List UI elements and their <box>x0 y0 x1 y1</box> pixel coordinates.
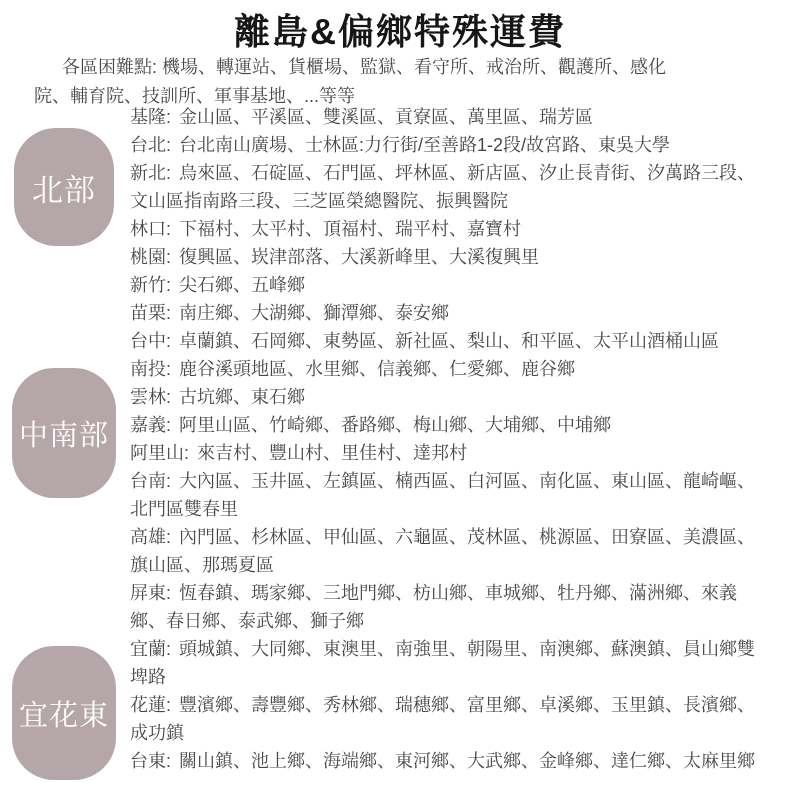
area-entry-hualien: 花蓮:豐濱鄉、壽豐鄉、秀林鄉、瑞穗鄉、富里鄉、卓溪鄉、玉里鎮、長濱鄉、成功鎮 <box>130 691 770 747</box>
area-name: 基隆: <box>130 107 171 127</box>
area-places: 下福村、太平村、頂福村、瑞平村、嘉寶村 <box>179 219 521 239</box>
area-name: 屏東: <box>130 583 171 603</box>
area-name: 南投: <box>130 359 171 379</box>
region-badge-central-south: 中南部 <box>12 368 116 498</box>
area-entry-linkou: 林口:下福村、太平村、頂福村、瑞平村、嘉寶村 <box>130 215 770 243</box>
area-name: 阿里山: <box>130 443 189 463</box>
area-entry-kaohsiung: 高雄:內門區、杉林區、甲仙區、六龜區、茂林區、桃源區、田寮區、美濃區、旗山區、那… <box>130 523 770 579</box>
area-places: 古坑鄉、東石鄉 <box>179 387 305 407</box>
area-name: 新竹: <box>130 275 171 295</box>
area-entry-taichung: 台中:卓蘭鎮、石岡鄉、東勢區、新社區、梨山、和平區、太平山酒桶山區 <box>130 327 770 355</box>
page-title: 離島&偏鄉特殊運費 <box>0 4 800 55</box>
area-name: 苗栗: <box>130 303 171 323</box>
area-places: 來吉村、豐山村、里佳村、達邦村 <box>197 443 467 463</box>
region-badge-label: 北部 <box>32 165 96 210</box>
area-places: 關山鎮、池上鄉、海端鄉、東河鄉、大武鄉、金峰鄉、達仁鄉、太麻里鄉 <box>179 751 755 771</box>
area-entry-taoyuan: 桃園:復興區、崁津部落、大溪新峰里、大溪復興里 <box>130 243 770 271</box>
area-name: 花蓮: <box>130 695 171 715</box>
area-places: 台北南山廣場、士林區:力行街/至善路1-2段/故宮路、東吳大學 <box>179 135 670 155</box>
area-entry-yunlin: 雲林:古坑鄉、東石鄉 <box>130 383 770 411</box>
area-entry-nantou: 南投:鹿谷溪頭地區、水里鄉、信義鄉、仁愛鄉、鹿谷鄉 <box>130 355 770 383</box>
area-entry-pingtung: 屏東:恆春鎮、瑪家鄉、三地門鄉、枋山鄉、車城鄉、牡丹鄉、滿洲鄉、來義鄉、春日鄉、… <box>130 579 770 635</box>
area-places: 內門區、杉林區、甲仙區、六龜區、茂林區、桃源區、田寮區、美濃區、旗山區、那瑪夏區 <box>130 527 755 575</box>
area-places: 鹿谷溪頭地區、水里鄉、信義鄉、仁愛鄉、鹿谷鄉 <box>179 359 575 379</box>
area-entry-taipei: 台北:台北南山廣場、士林區:力行街/至善路1-2段/故宮路、東吳大學 <box>130 131 770 159</box>
area-name: 桃園: <box>130 247 171 267</box>
area-places: 豐濱鄉、壽豐鄉、秀林鄉、瑞穗鄉、富里鄉、卓溪鄉、玉里鎮、長濱鄉、成功鎮 <box>130 695 755 743</box>
area-entry-keelung: 基隆:金山區、平溪區、雙溪區、貢寮區、萬里區、瑞芳區 <box>130 103 770 131</box>
area-entry-new-taipei: 新北:烏來區、石碇區、石門區、坪林區、新店區、汐止長青街、汐萬路三段、文山區指南… <box>130 159 770 215</box>
area-places: 復興區、崁津部落、大溪新峰里、大溪復興里 <box>179 247 539 267</box>
area-entry-alishan: 阿里山:來吉村、豐山村、里佳村、達邦村 <box>130 439 770 467</box>
region-badge-north: 北部 <box>14 128 114 246</box>
area-places: 卓蘭鎮、石岡鄉、東勢區、新社區、梨山、和平區、太平山酒桶山區 <box>179 331 719 351</box>
area-places: 金山區、平溪區、雙溪區、貢寮區、萬里區、瑞芳區 <box>179 107 593 127</box>
area-name: 嘉義: <box>130 415 171 435</box>
region-badge-label: 宜花東 <box>19 693 109 734</box>
area-places: 恆春鎮、瑪家鄉、三地門鄉、枋山鄉、車城鄉、牡丹鄉、滿洲鄉、來義鄉、春日鄉、泰武鄉… <box>130 583 737 631</box>
area-entry-hsinchu: 新竹:尖石鄉、五峰鄉 <box>130 271 770 299</box>
area-entry-chiayi: 嘉義:阿里山區、竹崎鄉、番路鄉、梅山鄉、大埔鄉、中埔鄉 <box>130 411 770 439</box>
area-name: 雲林: <box>130 387 171 407</box>
area-entry-yilan: 宜蘭:頭城鎮、大同鄉、東澳里、南強里、朝陽里、南澳鄉、蘇澳鎮、員山鄉雙埤路 <box>130 635 770 691</box>
area-places: 大內區、玉井區、左鎮區、楠西區、白河區、南化區、東山區、龍崎嶇、北門區雙春里 <box>130 471 755 519</box>
area-name: 台北: <box>130 135 171 155</box>
area-name: 宜蘭: <box>130 639 171 659</box>
area-name: 台中: <box>130 331 171 351</box>
area-places: 頭城鎮、大同鄉、東澳里、南強里、朝陽里、南澳鄉、蘇澳鎮、員山鄉雙埤路 <box>130 639 755 687</box>
area-list: 基隆:金山區、平溪區、雙溪區、貢寮區、萬里區、瑞芳區 台北:台北南山廣場、士林區… <box>130 103 770 775</box>
area-entry-taitung: 台東:關山鎮、池上鄉、海端鄉、東河鄉、大武鄉、金峰鄉、達仁鄉、太麻里鄉 <box>130 747 770 775</box>
area-name: 新北: <box>130 163 171 183</box>
area-places: 南庄鄉、大湖鄉、獅潭鄉、泰安鄉 <box>179 303 449 323</box>
area-name: 台南: <box>130 471 171 491</box>
region-badge-yi-hua-dong: 宜花東 <box>12 646 116 780</box>
area-entry-tainan: 台南:大內區、玉井區、左鎮區、楠西區、白河區、南化區、東山區、龍崎嶇、北門區雙春… <box>130 467 770 523</box>
area-name: 林口: <box>130 219 171 239</box>
area-places: 尖石鄉、五峰鄉 <box>179 275 305 295</box>
region-badge-label: 中南部 <box>19 413 109 454</box>
area-places: 阿里山區、竹崎鄉、番路鄉、梅山鄉、大埔鄉、中埔鄉 <box>179 415 611 435</box>
area-name: 高雄: <box>130 527 171 547</box>
area-name: 台東: <box>130 751 171 771</box>
area-places: 烏來區、石碇區、石門區、坪林區、新店區、汐止長青街、汐萬路三段、文山區指南路三段… <box>130 163 755 211</box>
area-entry-miaoli: 苗栗:南庄鄉、大湖鄉、獅潭鄉、泰安鄉 <box>130 299 770 327</box>
